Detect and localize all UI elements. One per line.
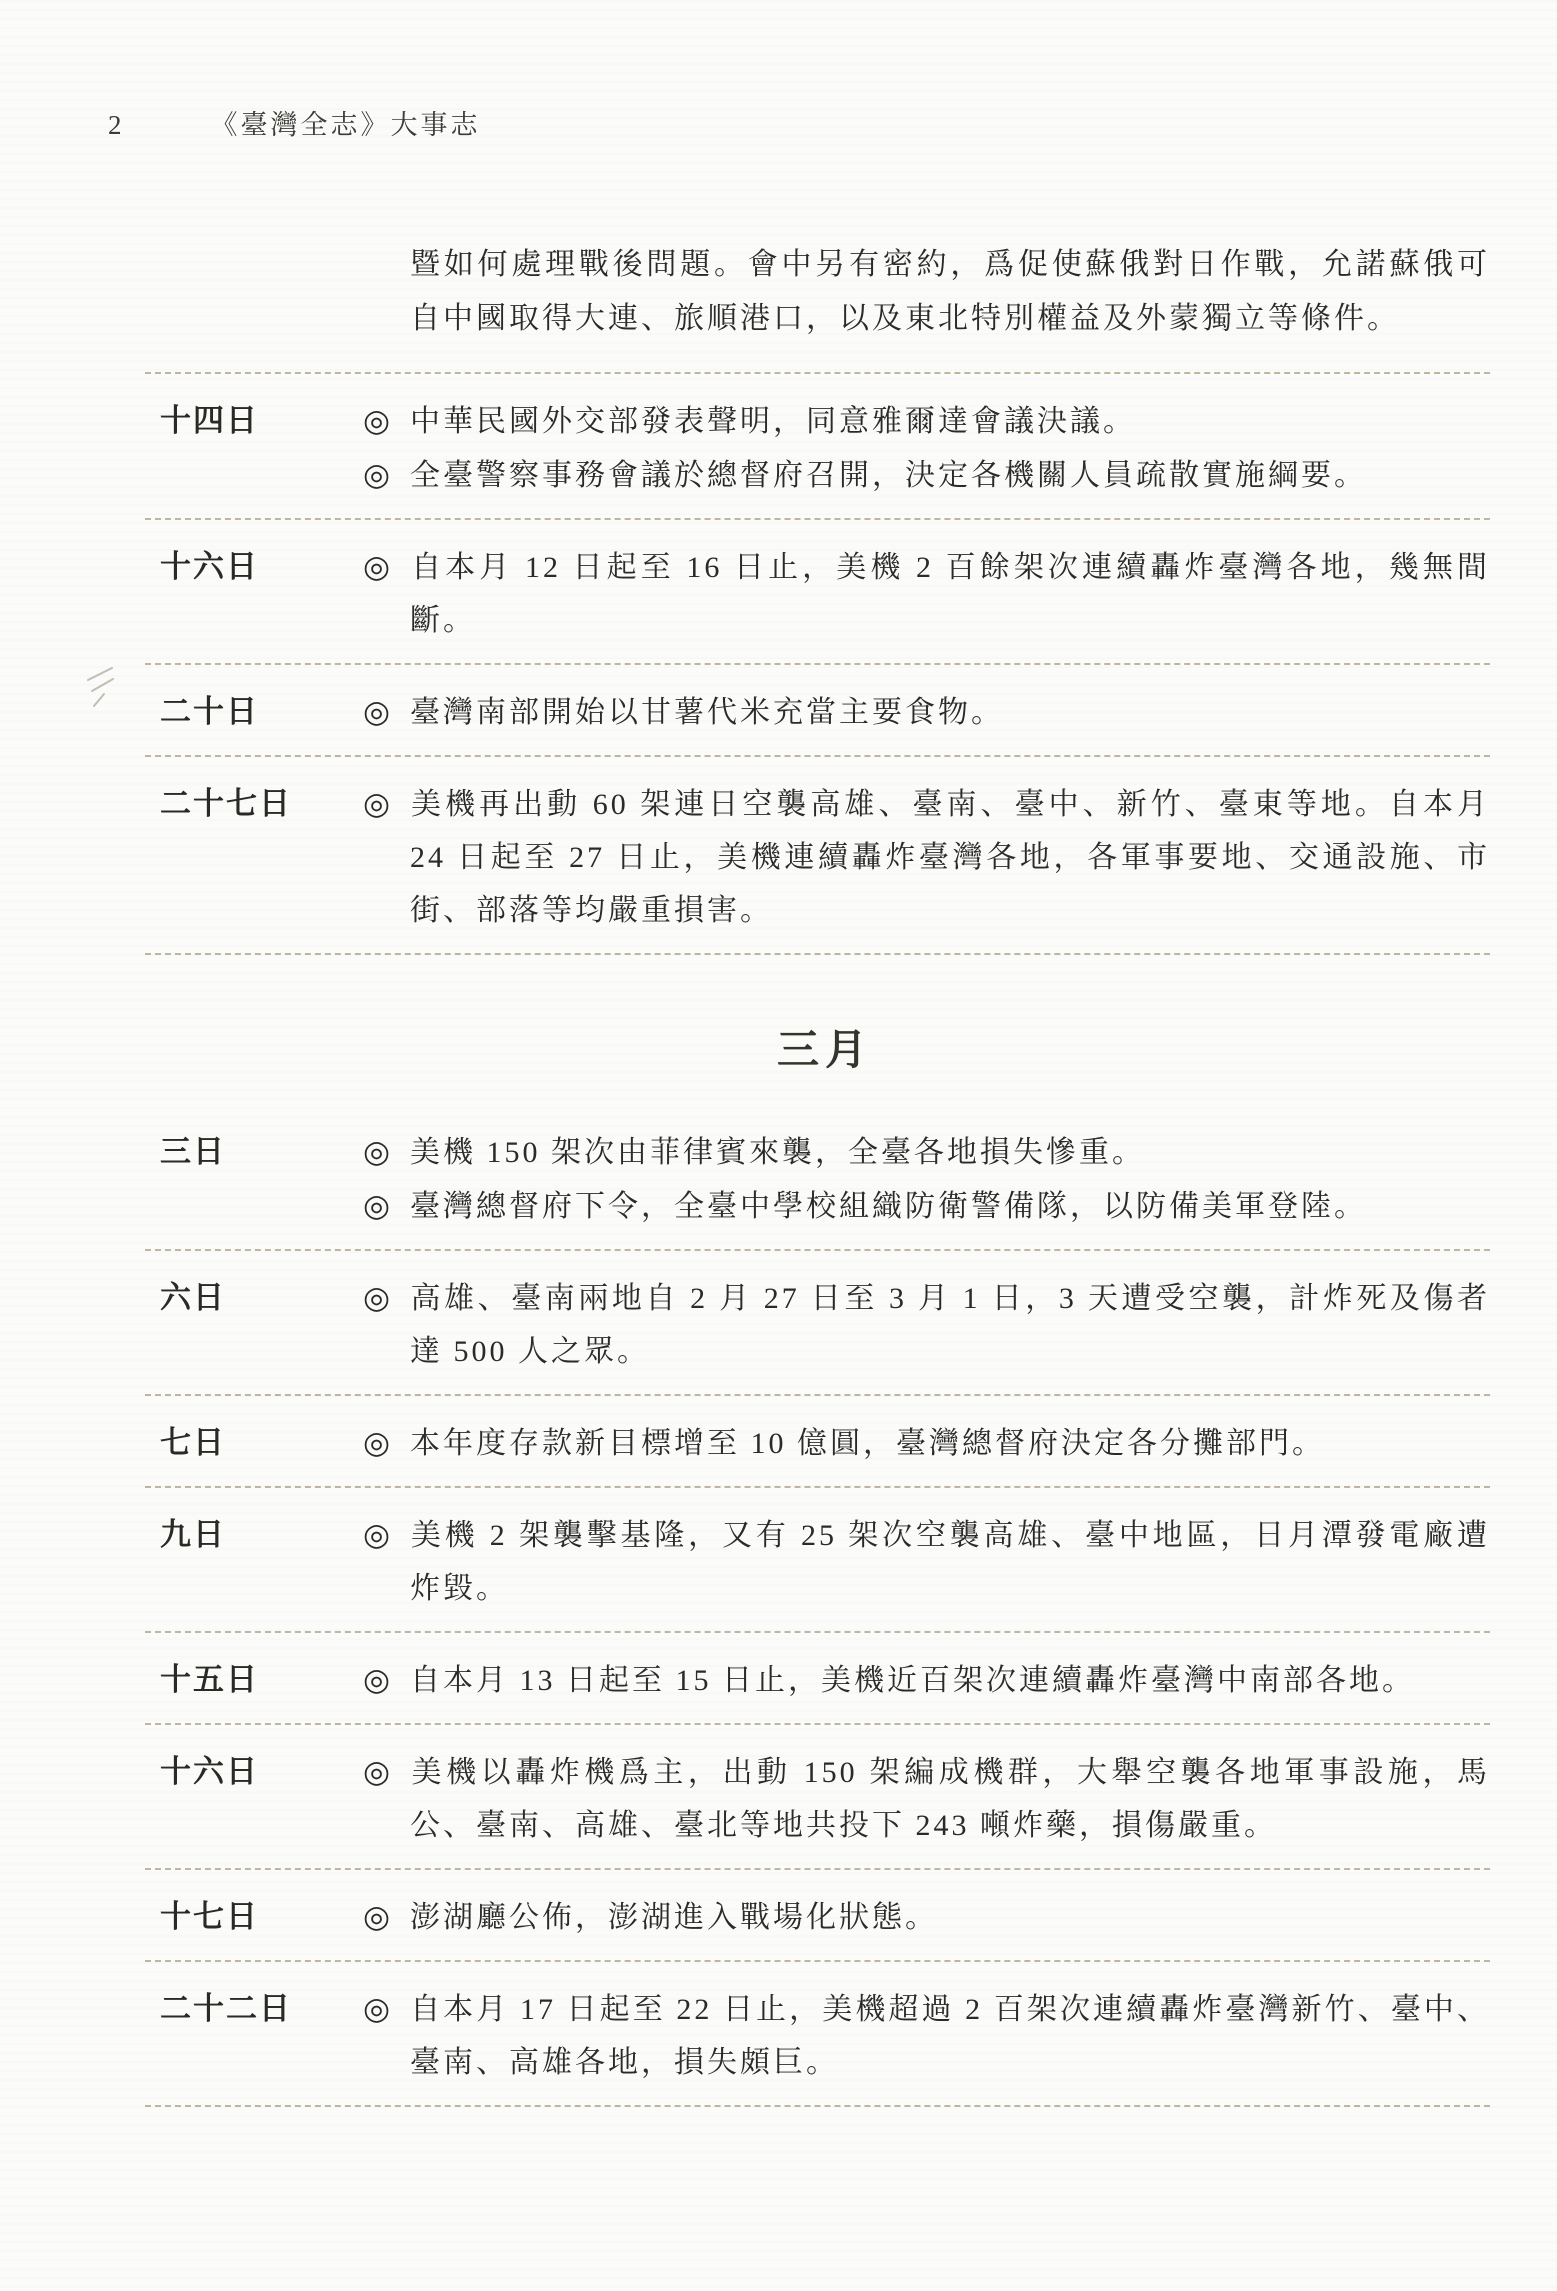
double-circle-bullet-icon: ◎ [363,394,410,447]
entry-divider [145,1249,1490,1251]
entry-date: 二十日 [160,685,363,739]
entry-text: 臺灣總督府下令，全臺中學校組織防衛警備隊，以防備美軍登陸。 [410,1190,1367,1223]
chronicle-entry: 七日 ◎本年度存款新目標增至 10 億圓，臺灣總督府決定各分攤部門。 [160,1396,1490,1486]
book-title: 《臺灣全志》大事志 [211,110,481,140]
entry-divider [145,755,1490,757]
chronicle-entry: 十六日 ◎自本月 12 日起至 16 日止，美機 2 百餘架次連續轟炸臺灣各地，… [160,520,1490,663]
entry-item: ◎美機以轟炸機爲主，出動 150 架編成機群，大舉空襲各地軍事設施，馬公、臺南、… [363,1745,1490,1852]
entry-item: ◎臺灣總督府下令，全臺中學校組織防衛警備隊，以防備美軍登陸。 [363,1179,1490,1233]
entry-items: ◎自本月 13 日起至 15 日止，美機近百架次連續轟炸臺灣中南部各地。 [363,1653,1490,1707]
chronicle-entry: 十六日 ◎美機以轟炸機爲主，出動 150 架編成機群，大舉空襲各地軍事設施，馬公… [160,1725,1490,1868]
chronicle-entry: 十四日 ◎中華民國外交部發表聲明，同意雅爾達會議決議。◎全臺警察事務會議於總督府… [160,374,1490,518]
entry-divider [145,1631,1490,1633]
entry-items: ◎高雄、臺南兩地自 2 月 27 日至 3 月 1 日，3 天遭受空襲，計炸死及… [363,1271,1490,1378]
double-circle-bullet-icon: ◎ [363,1745,410,1798]
entry-date: 七日 [160,1416,363,1470]
entry-date: 二十二日 [160,1982,363,2089]
entry-date: 十六日 [160,540,363,647]
book-page: 2《臺灣全志》大事志 暨如何處理戰後問題。會中另有密約，爲促使蘇俄對日作戰，允諾… [0,0,1557,2291]
entry-item: ◎臺灣南部開始以甘薯代米充當主要食物。 [363,685,1490,739]
section-heading-march: 三月 [160,1025,1490,1075]
chronicle-content: 暨如何處理戰後問題。會中另有密約，爲促使蘇俄對日作戰，允諾蘇俄可自中國取得大連、… [160,238,1490,2107]
double-circle-bullet-icon: ◎ [363,685,410,738]
double-circle-bullet-icon: ◎ [363,1125,410,1178]
entry-items: ◎澎湖廳公佈，澎湖進入戰場化狀態。 [363,1890,1490,1944]
entry-divider [145,953,1490,955]
chronicle-entry: 二十日 ◎臺灣南部開始以甘薯代米充當主要食物。 [160,665,1490,755]
entry-text: 美機再出動 60 架連日空襲高雄、臺南、臺中、新竹、臺東等地。自本月 24 日起… [410,788,1490,927]
entry-items: ◎美機 150 架次由菲律賓來襲，全臺各地損失慘重。◎臺灣總督府下令，全臺中學校… [363,1125,1490,1233]
entry-text: 自本月 12 日起至 16 日止，美機 2 百餘架次連續轟炸臺灣各地，幾無間斷。 [410,551,1490,637]
entry-item: ◎中華民國外交部發表聲明，同意雅爾達會議決議。 [363,394,1490,448]
entry-date: 九日 [160,1508,363,1615]
entry-items: ◎自本月 17 日起至 22 日止，美機超過 2 百架次連續轟炸臺灣新竹、臺中、… [363,1982,1490,2089]
entry-date: 十四日 [160,394,363,502]
entry-item: ◎高雄、臺南兩地自 2 月 27 日至 3 月 1 日，3 天遭受空襲，計炸死及… [363,1271,1490,1378]
entry-divider [145,518,1490,520]
entry-date: 三日 [160,1125,363,1233]
entry-item: ◎自本月 12 日起至 16 日止，美機 2 百餘架次連續轟炸臺灣各地，幾無間斷… [363,540,1490,647]
entry-text: 自本月 13 日起至 15 日止，美機近百架次連續轟炸臺灣中南部各地。 [410,1664,1415,1697]
entry-item: ◎澎湖廳公佈，澎湖進入戰場化狀態。 [363,1890,1490,1944]
entry-date: 二十七日 [160,777,363,937]
pencil-mark [82,664,118,710]
entry-text: 美機 2 架襲擊基隆，又有 25 架次空襲高雄、臺中地區，日月潭發電廠遭炸毀。 [410,1519,1490,1605]
entry-date: 十六日 [160,1745,363,1852]
entry-item: ◎美機 150 架次由菲律賓來襲，全臺各地損失慘重。 [363,1125,1490,1179]
entry-item: ◎本年度存款新目標增至 10 億圓，臺灣總督府決定各分攤部門。 [363,1416,1490,1470]
entry-divider [145,1394,1490,1396]
chronicle-entry: 十五日 ◎自本月 13 日起至 15 日止，美機近百架次連續轟炸臺灣中南部各地。 [160,1633,1490,1723]
entry-divider [145,2105,1490,2107]
entry-text: 臺灣南部開始以甘薯代米充當主要食物。 [410,696,1004,729]
continued-paragraph: 暨如何處理戰後問題。會中另有密約，爲促使蘇俄對日作戰，允諾蘇俄可自中國取得大連、… [410,238,1490,346]
entry-text: 美機以轟炸機爲主，出動 150 架編成機群，大舉空襲各地軍事設施，馬公、臺南、高… [410,1756,1490,1842]
double-circle-bullet-icon: ◎ [363,448,410,501]
chronicle-entry: 三日 ◎美機 150 架次由菲律賓來襲，全臺各地損失慘重。◎臺灣總督府下令，全臺… [160,1105,1490,1249]
double-circle-bullet-icon: ◎ [363,1179,410,1232]
page-number: 2 [108,110,123,140]
double-circle-bullet-icon: ◎ [363,1508,410,1561]
march-entries: 三日 ◎美機 150 架次由菲律賓來襲，全臺各地損失慘重。◎臺灣總督府下令，全臺… [160,1105,1490,2107]
chronicle-entry: 六日 ◎高雄、臺南兩地自 2 月 27 日至 3 月 1 日，3 天遭受空襲，計… [160,1251,1490,1394]
entry-date: 十七日 [160,1890,363,1944]
entry-date: 十五日 [160,1653,363,1707]
entry-items: ◎美機再出動 60 架連日空襲高雄、臺南、臺中、新竹、臺東等地。自本月 24 日… [363,777,1490,937]
double-circle-bullet-icon: ◎ [363,777,410,830]
entry-divider [145,1723,1490,1725]
double-circle-bullet-icon: ◎ [363,1271,410,1324]
entry-text: 中華民國外交部發表聲明，同意雅爾達會議決議。 [410,405,1136,438]
entry-divider [145,1960,1490,1962]
entry-items: ◎臺灣南部開始以甘薯代米充當主要食物。 [363,685,1490,739]
chronicle-entry: 二十七日 ◎美機再出動 60 架連日空襲高雄、臺南、臺中、新竹、臺東等地。自本月… [160,757,1490,953]
entry-items: ◎美機 2 架襲擊基隆，又有 25 架次空襲高雄、臺中地區，日月潭發電廠遭炸毀。 [363,1508,1490,1615]
entry-text: 澎湖廳公佈，澎湖進入戰場化狀態。 [410,1901,938,1934]
entry-text: 本年度存款新目標增至 10 億圓，臺灣總督府決定各分攤部門。 [410,1427,1325,1460]
double-circle-bullet-icon: ◎ [363,1982,410,2035]
february-entries: 十四日 ◎中華民國外交部發表聲明，同意雅爾達會議決議。◎全臺警察事務會議於總督府… [160,374,1490,955]
entry-item: ◎全臺警察事務會議於總督府召開，決定各機關人員疏散實施綱要。 [363,448,1490,502]
entry-text: 自本月 17 日起至 22 日止，美機超過 2 百架次連續轟炸臺灣新竹、臺中、臺… [410,1993,1490,2079]
chronicle-entry: 十七日 ◎澎湖廳公佈，澎湖進入戰場化狀態。 [160,1870,1490,1960]
running-header: 2《臺灣全志》大事志 [108,103,481,142]
chronicle-entry: 九日 ◎美機 2 架襲擊基隆，又有 25 架次空襲高雄、臺中地區，日月潭發電廠遭… [160,1488,1490,1631]
entry-divider [145,1486,1490,1488]
chronicle-entry: 二十二日 ◎自本月 17 日起至 22 日止，美機超過 2 百架次連續轟炸臺灣新… [160,1962,1490,2105]
entry-item: ◎美機 2 架襲擊基隆，又有 25 架次空襲高雄、臺中地區，日月潭發電廠遭炸毀。 [363,1508,1490,1615]
entry-text: 美機 150 架次由菲律賓來襲，全臺各地損失慘重。 [410,1136,1145,1169]
double-circle-bullet-icon: ◎ [363,540,410,593]
entry-items: ◎中華民國外交部發表聲明，同意雅爾達會議決議。◎全臺警察事務會議於總督府召開，決… [363,394,1490,502]
entry-text: 高雄、臺南兩地自 2 月 27 日至 3 月 1 日，3 天遭受空襲，計炸死及傷… [410,1282,1490,1368]
entry-item: ◎自本月 13 日起至 15 日止，美機近百架次連續轟炸臺灣中南部各地。 [363,1653,1490,1707]
entry-text: 全臺警察事務會議於總督府召開，決定各機關人員疏散實施綱要。 [410,459,1367,492]
section-divider [145,372,1490,374]
entry-items: ◎本年度存款新目標增至 10 億圓，臺灣總督府決定各分攤部門。 [363,1416,1490,1470]
entry-item: ◎自本月 17 日起至 22 日止，美機超過 2 百架次連續轟炸臺灣新竹、臺中、… [363,1982,1490,2089]
entry-items: ◎自本月 12 日起至 16 日止，美機 2 百餘架次連續轟炸臺灣各地，幾無間斷… [363,540,1490,647]
entry-divider [145,1868,1490,1870]
double-circle-bullet-icon: ◎ [363,1653,410,1706]
entry-item: ◎美機再出動 60 架連日空襲高雄、臺南、臺中、新竹、臺東等地。自本月 24 日… [363,777,1490,937]
entry-date: 六日 [160,1271,363,1378]
double-circle-bullet-icon: ◎ [363,1890,410,1943]
entry-items: ◎美機以轟炸機爲主，出動 150 架編成機群，大舉空襲各地軍事設施，馬公、臺南、… [363,1745,1490,1852]
double-circle-bullet-icon: ◎ [363,1416,410,1469]
entry-divider [145,663,1490,665]
